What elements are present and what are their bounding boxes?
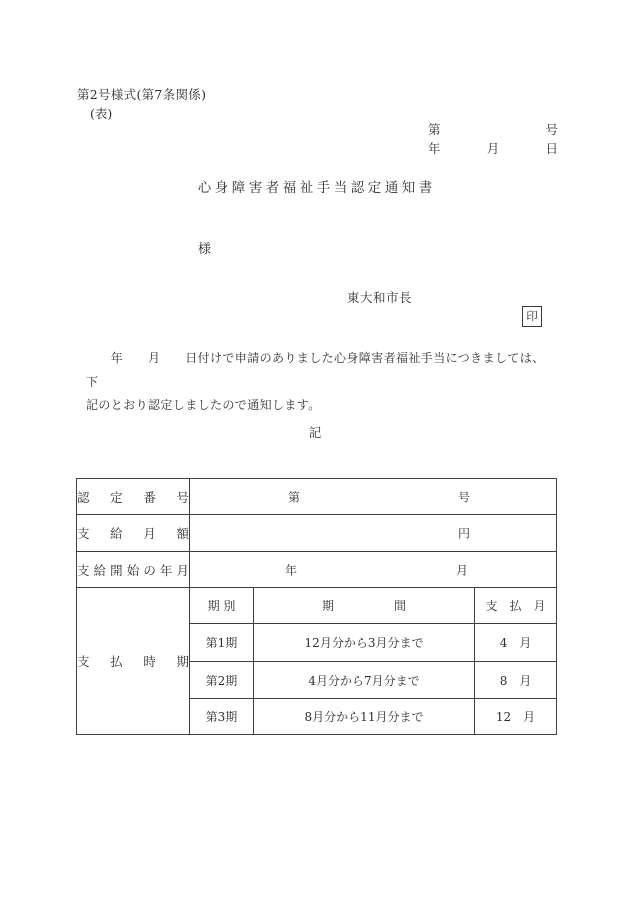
- document-page: 第2号様式(第7条関係) (表) 第 号 年 月 日 心身障害者福祉手当認定通知…: [0, 0, 630, 915]
- seal-character: 印: [526, 309, 538, 323]
- date-month-label: 月: [487, 139, 500, 157]
- approval-table-wrap: 認定番号 第 号 支給月額 円 支給開始の年月 年 月 支払: [76, 478, 557, 735]
- approval-table: 認定番号 第 号 支給月額 円 支給開始の年月 年 月 支払: [76, 478, 557, 735]
- header-period-no: 期 別: [190, 588, 254, 624]
- yen-unit-label: 円: [458, 525, 470, 542]
- cell-approval-number: 第 号: [190, 479, 557, 515]
- period-1-month: 4 月: [475, 624, 557, 662]
- period-2-span: 4月分から7月分まで: [254, 662, 475, 699]
- label-approval-number: 認定番号: [77, 479, 190, 515]
- approval-number-suffix: 号: [458, 488, 470, 505]
- doc-number-suffix: 号: [545, 120, 558, 138]
- period-2-no: 第2期: [190, 662, 254, 699]
- body-line-1: 年 月 日付けで申請のありました心身障害者福祉手当につきましては、下: [86, 347, 554, 394]
- cell-monthly-amount: 円: [190, 515, 557, 552]
- doc-number-prefix: 第: [428, 120, 441, 138]
- document-title: 心身障害者福祉手当認定通知書: [0, 176, 630, 196]
- table-row-start-date: 支給開始の年月 年 月: [77, 552, 557, 588]
- side-label: (表): [90, 104, 112, 122]
- date-day-label: 日: [545, 139, 558, 157]
- period-3-span: 8月分から11月分まで: [254, 699, 475, 735]
- start-year-label: 年: [285, 561, 297, 578]
- record-marker: 記: [0, 423, 630, 441]
- table-row-payment-header: 支払時期 期 別 期 間 支 払 月: [77, 588, 557, 624]
- period-2-month: 8 月: [475, 662, 557, 699]
- period-1-span: 12月分から3月分まで: [254, 624, 475, 662]
- header-period-span: 期 間: [254, 588, 475, 624]
- label-payment-period: 支払時期: [77, 588, 190, 735]
- header-pay-month: 支 払 月: [475, 588, 557, 624]
- table-row-monthly-amount: 支給月額 円: [77, 515, 557, 552]
- start-month-label: 月: [456, 561, 468, 578]
- period-3-month: 12 月: [475, 699, 557, 735]
- label-start-date: 支給開始の年月: [77, 552, 190, 588]
- doc-number-line: 第 号: [428, 120, 558, 138]
- addressee-suffix: 様: [198, 238, 211, 257]
- sender-name: 東大和市長: [347, 288, 412, 306]
- label-monthly-amount: 支給月額: [77, 515, 190, 552]
- approval-number-prefix: 第: [288, 488, 300, 505]
- body-paragraph: 年 月 日付けで申請のありました心身障害者福祉手当につきましては、下 記のとおり…: [86, 347, 554, 418]
- body-line-2: 記のとおり認定しましたので通知します。: [86, 394, 554, 418]
- seal-placeholder: 印: [522, 306, 542, 327]
- table-row-approval-number: 認定番号 第 号: [77, 479, 557, 515]
- period-1-no: 第1期: [190, 624, 254, 662]
- form-number: 第2号様式(第7条関係): [77, 85, 206, 103]
- date-line: 年 月 日: [428, 139, 558, 157]
- period-3-no: 第3期: [190, 699, 254, 735]
- cell-start-date: 年 月: [190, 552, 557, 588]
- date-year-label: 年: [428, 139, 441, 157]
